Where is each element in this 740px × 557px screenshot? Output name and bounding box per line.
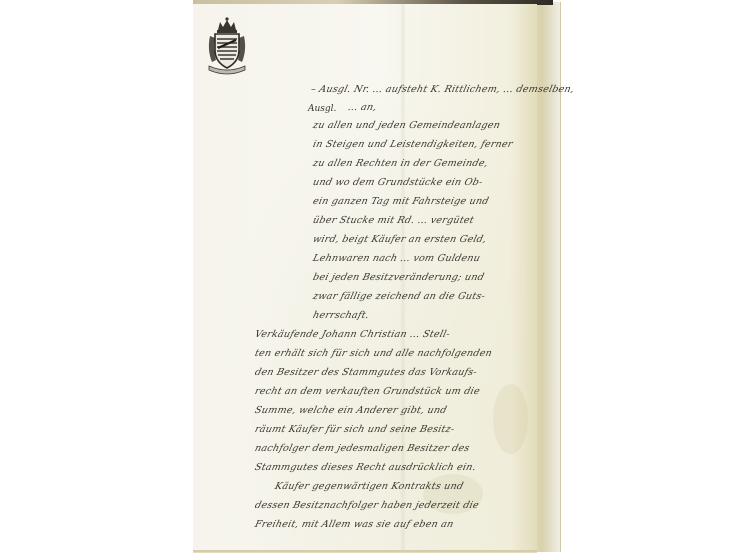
handwritten-text: – Ausgl. Nr. ... aufsteht K. Rittlichem,…	[193, 4, 537, 550]
text-line: ... an,	[347, 102, 378, 113]
text-line: nachfolger dem jedesmaligen Besitzer des	[254, 443, 471, 454]
text-line: zu allen und jeden Gemeindeanlagen	[312, 120, 502, 131]
text-line: ein ganzen Tag mit Fahrsteige und	[312, 196, 490, 207]
text-line: über Stucke mit Rd. ... vergütet	[312, 215, 475, 226]
text-line: bei jeden Besitzveränderung; und	[312, 272, 486, 283]
text-line: wird, beigt Käufer an ersten Geld,	[312, 234, 488, 245]
text-line: den Besitzer des Stammgutes das Vorkaufs…	[254, 367, 479, 378]
text-line: Verkäufende Johann Christian ... Stell-	[254, 329, 451, 340]
text-line: Freiheit, mit Allem was sie auf eben an	[254, 519, 455, 530]
text-line: räumt Käufer für sich und seine Besitz-	[254, 424, 456, 435]
text-line: Käufer gegenwärtigen Kontrakts und	[274, 481, 465, 492]
text-line: Stammgutes dieses Recht ausdrücklich ein…	[254, 462, 478, 473]
text-line: recht an dem verkauften Grundstück um di…	[254, 386, 481, 397]
text-line: Summe, welche ein Anderer gibt, und	[254, 405, 448, 416]
text-line: ten erhält sich für sich und alle nachfo…	[254, 348, 494, 359]
document-scan: Ausgl. – Ausgl. Nr. ... aufsteht K. Ritt…	[0, 0, 740, 557]
text-line: herrschaft.	[312, 310, 371, 321]
text-line: – Ausgl. Nr. ... aufsteht K. Rittlichem,…	[310, 84, 576, 95]
text-line: in Steigen und Leistendigkeiten, ferner	[312, 139, 514, 150]
text-line: zwar fällige zeichend an die Guts-	[312, 291, 487, 302]
text-line: dessen Besitznachfolger haben jederzeit …	[254, 500, 480, 511]
text-line: Lehnwaren nach ... vom Guldenu	[312, 253, 482, 264]
text-line: und wo dem Grundstücke ein Ob-	[312, 177, 484, 188]
manuscript-page: Ausgl. – Ausgl. Nr. ... aufsteht K. Ritt…	[193, 4, 537, 552]
text-line: zu allen Rechten in der Gemeinde,	[312, 158, 490, 169]
